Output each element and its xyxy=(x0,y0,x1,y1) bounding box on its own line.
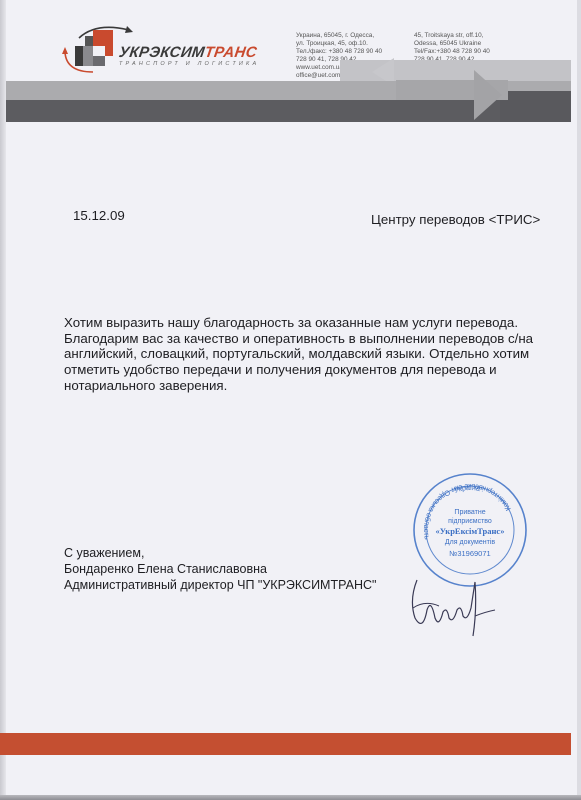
body-line: нотариального заверения. xyxy=(64,378,564,394)
handwritten-signature-icon xyxy=(405,570,505,640)
brand-name-accent: ТРАНС xyxy=(204,44,259,61)
address-line: Odessa, 65045 Ukraine xyxy=(414,40,490,48)
body-line: Благодарим вас за качество и оперативнос… xyxy=(64,331,564,347)
svg-text:підприємство: підприємство xyxy=(448,517,492,525)
body-line: отметить удобство передачи и получения д… xyxy=(64,362,564,378)
letter-body: Хотим выразить нашу благодарность за ока… xyxy=(64,315,564,394)
svg-text:Приватне: Приватне xyxy=(454,509,485,516)
body-line: Хотим выразить нашу благодарность за ока… xyxy=(64,315,564,331)
phone-line: Тел./факс: +380 48 728 90 40 xyxy=(296,48,382,56)
address-line: Украина, 65045, г. Одесса, xyxy=(296,32,382,40)
letter-closing: С уважением, Бондаренко Елена Станиславо… xyxy=(64,545,376,593)
page-right-edge xyxy=(577,0,581,800)
svg-text:Для документів: Для документів xyxy=(445,538,495,546)
svg-text:№31969071: №31969071 xyxy=(449,549,490,558)
letter-date: 15.12.09 xyxy=(73,208,125,223)
header-band-dark-right xyxy=(500,91,571,122)
footer-bar xyxy=(0,733,571,755)
letter-recipient: Центру переводов <ТРИС> xyxy=(371,212,540,227)
arrow-right-icon xyxy=(474,70,502,120)
brand-name: УКРЭКСИМТРАНС xyxy=(118,44,258,61)
address-line: ул. Троицкая, 45, оф.10. xyxy=(296,40,382,48)
brand-name-main: УКРЭКСИМ xyxy=(118,44,206,61)
page-bottom-shadow xyxy=(0,795,581,800)
address-line: 45, Troitskaya str, off.10, xyxy=(414,32,490,40)
brand-tagline: ТРАНСПОРТ И ЛОГИСТИКА xyxy=(119,61,259,67)
phone-line: Tel/Fax:+380 48 728 90 40 xyxy=(414,48,490,56)
body-line: английский, словацкий, португальский, мо… xyxy=(64,346,564,362)
signatory-name: Бондаренко Елена Станиславовна xyxy=(64,561,376,577)
svg-text:«УкрЕксімТранс»: «УкрЕксімТранс» xyxy=(436,526,505,536)
closing-salutation: С уважением, xyxy=(64,545,376,561)
signatory-position: Административный директор ЧП "УКРЭКСИМТР… xyxy=(64,577,376,593)
